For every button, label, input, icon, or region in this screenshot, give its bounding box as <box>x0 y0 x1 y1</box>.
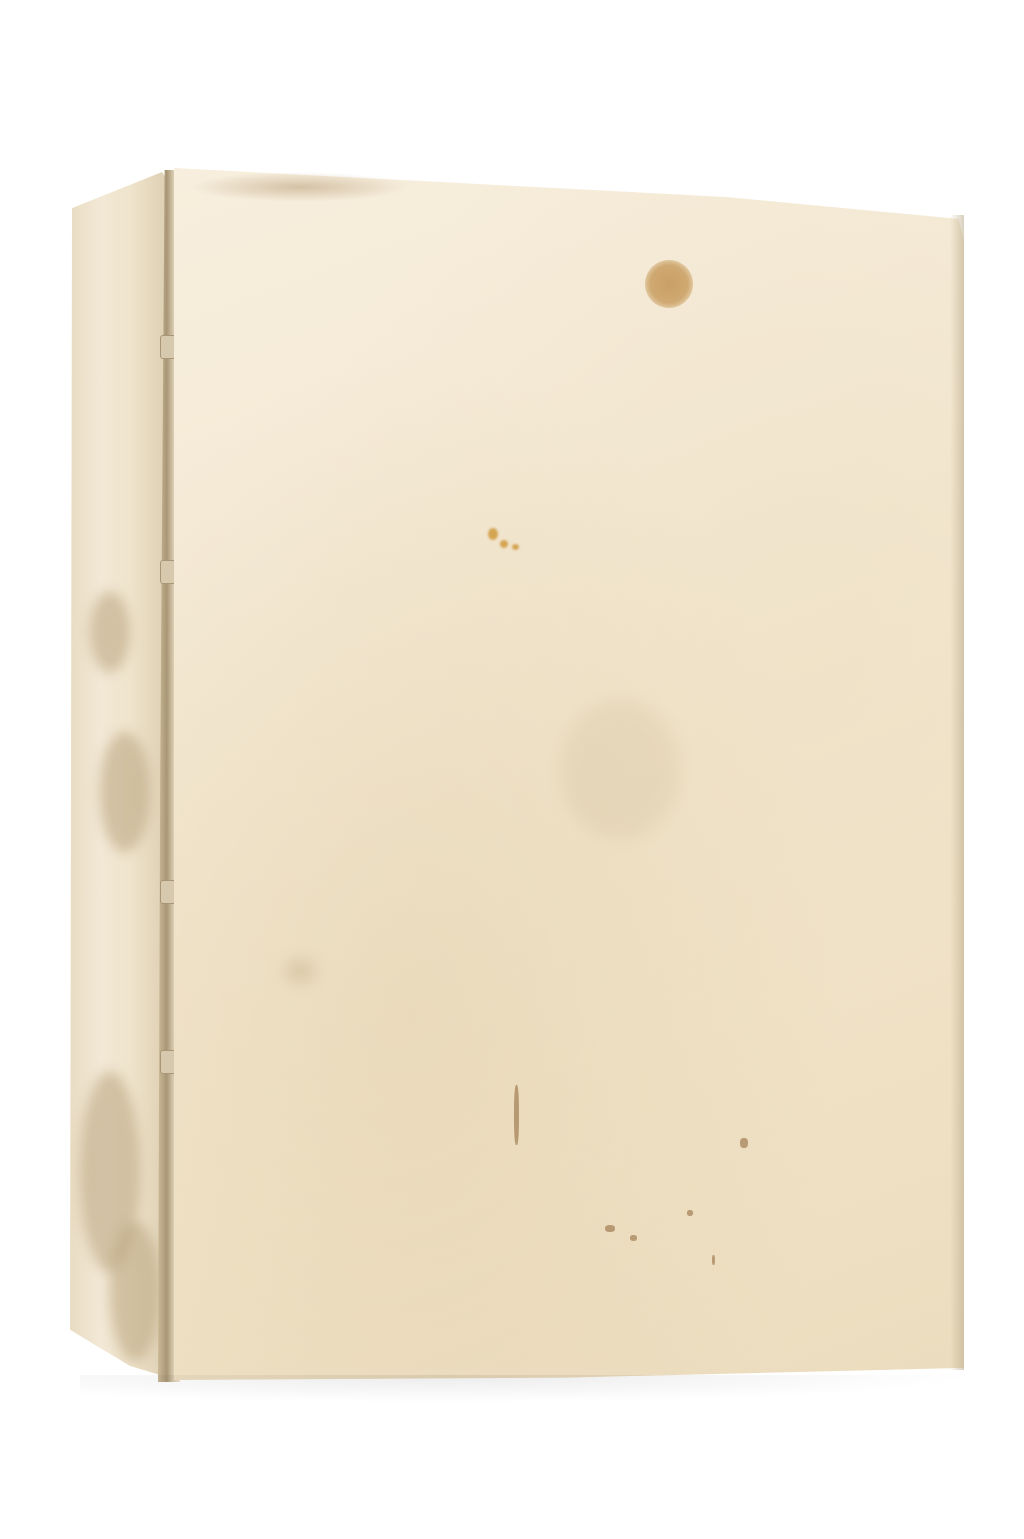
smudge <box>560 700 680 840</box>
dark-speck <box>605 1225 615 1232</box>
round-stain <box>645 260 693 308</box>
orange-spot <box>488 528 498 540</box>
orange-spot <box>512 544 519 550</box>
photo-scene <box>0 0 1024 1539</box>
vellum-book <box>0 0 1024 1539</box>
cover-fore-edge <box>950 215 964 1370</box>
spine-stain <box>90 592 130 672</box>
dark-speck <box>514 1085 519 1145</box>
spine-stain <box>100 732 150 852</box>
dark-speck <box>687 1210 693 1216</box>
spine-stain <box>110 1222 160 1362</box>
cover-top-soiling <box>190 172 410 202</box>
dark-speck <box>630 1235 637 1241</box>
smudge <box>285 960 315 982</box>
orange-spot <box>500 540 508 548</box>
book-shadow <box>80 1375 980 1403</box>
dark-speck <box>740 1138 748 1148</box>
dark-speck <box>712 1255 715 1265</box>
book-spine <box>70 172 170 1378</box>
